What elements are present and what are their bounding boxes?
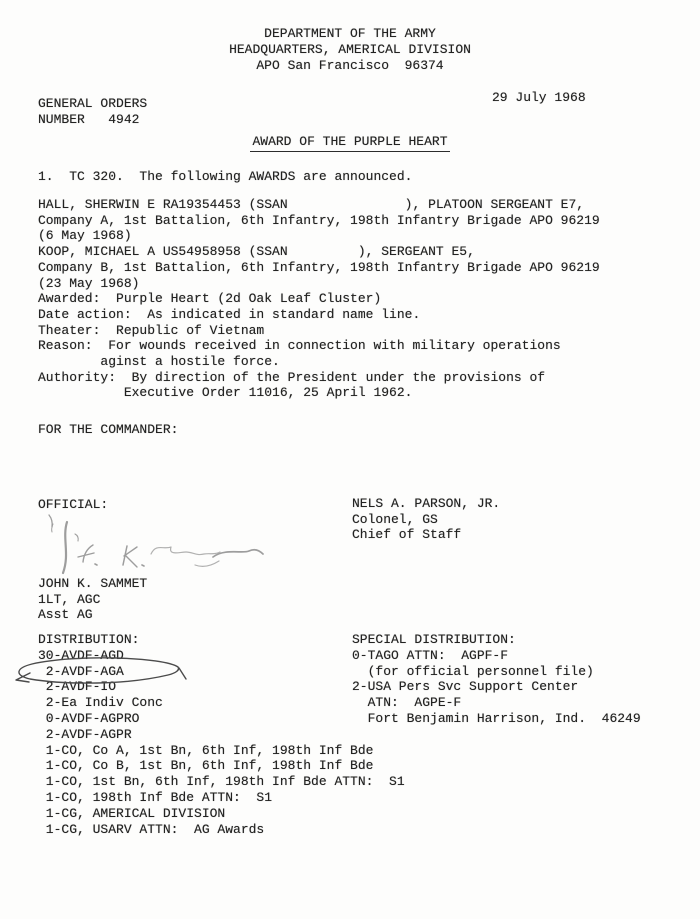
signature-scribble [45, 510, 273, 578]
document-title: AWARD OF THE PURPLE HEART [250, 134, 449, 152]
document-page: DEPARTMENT OF THE ARMY HEADQUARTERS, AME… [0, 0, 700, 919]
announcement-line: 1. TC 320. The following AWARDS are anno… [38, 169, 412, 185]
for-the-commander: FOR THE COMMANDER: [38, 422, 178, 438]
letterhead: DEPARTMENT OF THE ARMY HEADQUARTERS, AME… [0, 26, 700, 74]
order-date: 29 July 1968 [492, 90, 586, 106]
circle-arrow-icon [6, 651, 198, 691]
general-orders-number: GENERAL ORDERS NUMBER 4942 [38, 96, 147, 127]
special-distribution-list: SPECIAL DISTRIBUTION: 0-TAGO ATTN: AGPF-… [352, 632, 641, 727]
chief-of-staff-block: NELS A. PARSON, JR. Colonel, GS Chief of… [352, 496, 500, 543]
signature-ink-icon [45, 510, 273, 578]
assistant-ag-block: JOHN K. SAMMET 1LT, AGC Asst AG [38, 576, 147, 623]
award-details: HALL, SHERWIN E RA19354453 (SSAN ), PLAT… [38, 197, 600, 401]
title-row: AWARD OF THE PURPLE HEART [0, 134, 700, 152]
handdrawn-circle-annotation [6, 651, 198, 691]
